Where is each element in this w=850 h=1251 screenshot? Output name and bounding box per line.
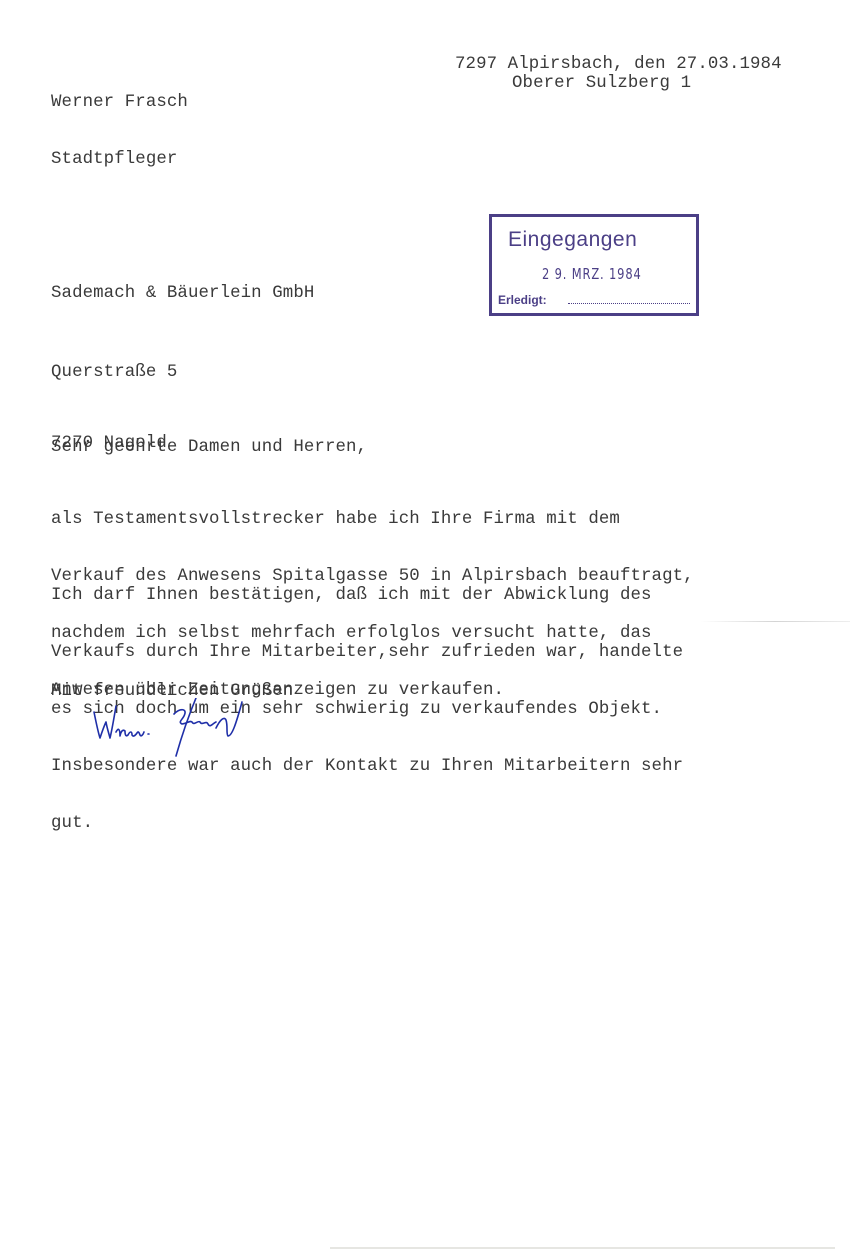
stamp-date: 2 9. MRZ. 1984 [542, 265, 642, 283]
paper-bottom-edge [330, 1247, 835, 1249]
stamp-dotted-line [568, 303, 690, 304]
stamp-title: Eingegangen [508, 228, 637, 252]
stamp-done-label: Erledigt: [498, 293, 547, 307]
salutation: Sehr geehrte Damen und Herren, [51, 438, 367, 457]
recipient-street: Querstraße 5 [51, 363, 314, 382]
recipient-address: Sademach & Bäuerlein GmbH Querstraße 5 7… [51, 229, 314, 505]
paragraph-line: Verkaufs durch Ihre Mitarbeiter,sehr zuf… [51, 643, 683, 662]
sender-street: Oberer Sulzberg 1 [512, 74, 691, 93]
paragraph-line: als Testamentsvollstrecker habe ich Ihre… [51, 510, 694, 529]
sender-title: Stadtpfleger [51, 150, 188, 169]
paragraph-line: Insbesondere war auch der Kontakt zu Ihr… [51, 757, 683, 776]
paragraph-line: Ich darf Ihnen bestätigen, daß ich mit d… [51, 586, 683, 605]
paragraph-line: gut. [51, 814, 683, 833]
place-date: 7297 Alpirsbach, den 27.03.1984 [455, 55, 782, 74]
paper-fold-line [700, 621, 850, 622]
sender-block: Werner Frasch Stadtpfleger [51, 55, 188, 207]
received-stamp: Eingegangen 2 9. MRZ. 1984 Erledigt: [489, 214, 699, 316]
signature-icon [92, 698, 262, 758]
recipient-company: Sademach & Bäuerlein GmbH [51, 281, 314, 307]
sender-name: Werner Frasch [51, 93, 188, 112]
letter-page: Werner Frasch Stadtpfleger 7297 Alpirsba… [0, 0, 850, 1251]
